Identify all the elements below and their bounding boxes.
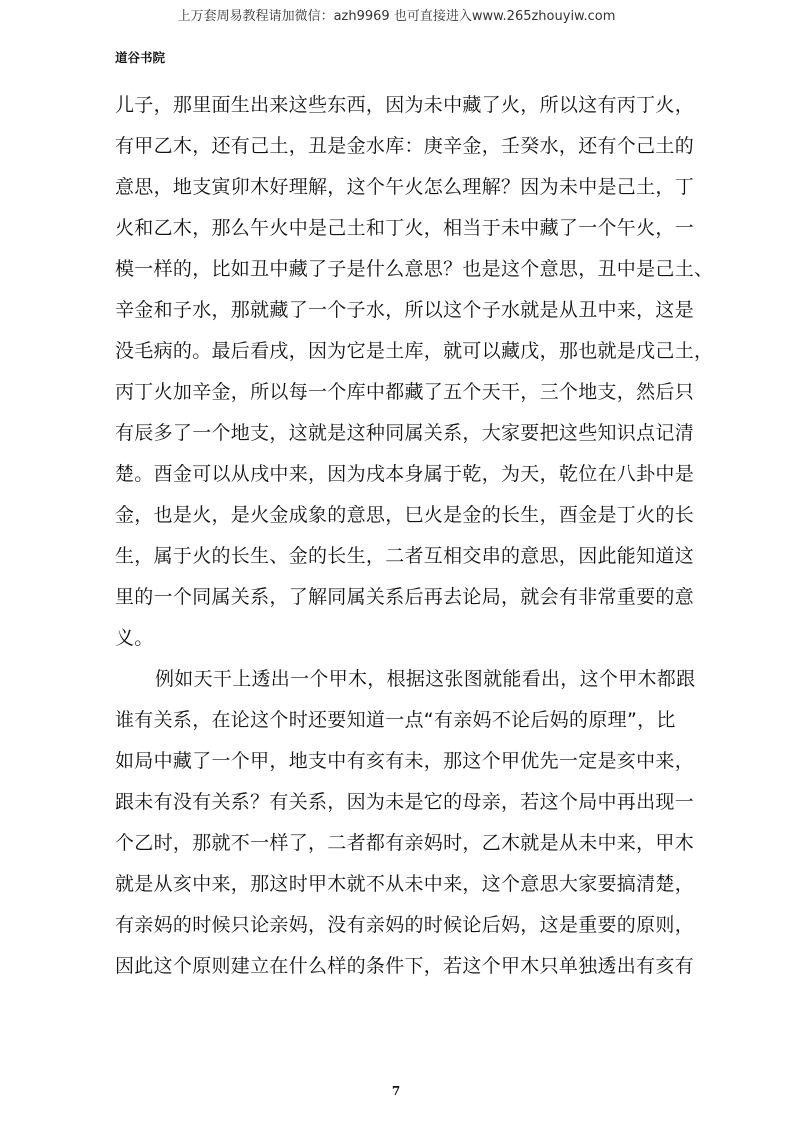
paragraph-start-line: 例如天干上透出一个甲木，根据这张图就能看出，这个甲木都跟: [115, 663, 680, 704]
text-line: 有辰多了一个地支，这就是这种同属关系，大家要把这些知识点记清: [115, 417, 680, 458]
text-line: 辛金和子水，那就藏了一个子水，所以这个子水就是从丑中来，这是: [115, 294, 680, 335]
text-line: 有亲妈的时候只论亲妈，没有亲妈的时候论后妈，这是重要的原则，: [115, 909, 680, 950]
text-line: 因此这个原则建立在什么样的条件下，若这个甲木只单独透出有亥有: [115, 950, 680, 991]
text-line: 义。: [115, 622, 680, 663]
text-line: 跟未有没有关系？有关系，因为未是它的母亲，若这个局中再出现一: [115, 786, 680, 827]
text-line: 金，也是火，是火金成象的意思，巳火是金的长生，酉金是丁火的长: [115, 499, 680, 540]
text-line: 火和乙木，那么午火中是己土和丁火，相当于未中藏了一个午火，一: [115, 212, 680, 253]
text-line: 就是从亥中来，那这时甲木就不从未中来，这个意思大家要搞清楚，: [115, 868, 680, 909]
text-line: 生，属于火的长生、金的长生，二者互相交串的意思，因此能知道这: [115, 540, 680, 581]
body-text: 儿子，那里面生出来这些东西，因为未中藏了火，所以这有丙丁火， 有甲乙木，还有己土…: [115, 89, 680, 991]
text-line: 没毛病的。最后看戌，因为它是土库，就可以藏戊，那也就是戊己土，: [115, 335, 680, 376]
page-number: 7: [389, 1084, 403, 1098]
watermark-banner: 上万套周易教程请加微信：azh9969 也可直接进入www.265zhouyiw…: [0, 5, 793, 24]
text-line: 丙丁火加辛金，所以每一个库中都藏了五个天干，三个地支，然后只: [115, 376, 680, 417]
text-line: 有甲乙木，还有己土，丑是金水库：庚辛金，壬癸水，还有个己土的: [115, 130, 680, 171]
text-line: 模一样的，比如丑中藏了子是什么意思？也是这个意思，丑中是己土、: [115, 253, 680, 294]
text-line: 楚。酉金可以从戌中来，因为戌本身属于乾，为天，乾位在八卦中是: [115, 458, 680, 499]
text-line: 意思，地支寅卯木好理解，这个午火怎么理解？因为未中是己土，丁: [115, 171, 680, 212]
running-head: 道谷书院: [115, 48, 165, 66]
text-line: 里的一个同属关系，了解同属关系后再去论局，就会有非常重要的意: [115, 581, 680, 622]
text-line: 个乙时，那就不一样了，二者都有亲妈时，乙木就是从未中来，甲木: [115, 827, 680, 868]
text-line: 如局中藏了一个甲，地支中有亥有未，那这个甲优先一定是亥中来，: [115, 745, 680, 786]
text-line: 儿子，那里面生出来这些东西，因为未中藏了火，所以这有丙丁火，: [115, 89, 680, 130]
text-line: 谁有关系，在论这个时还要知道一点“有亲妈不论后妈的原理”，比: [115, 704, 680, 745]
